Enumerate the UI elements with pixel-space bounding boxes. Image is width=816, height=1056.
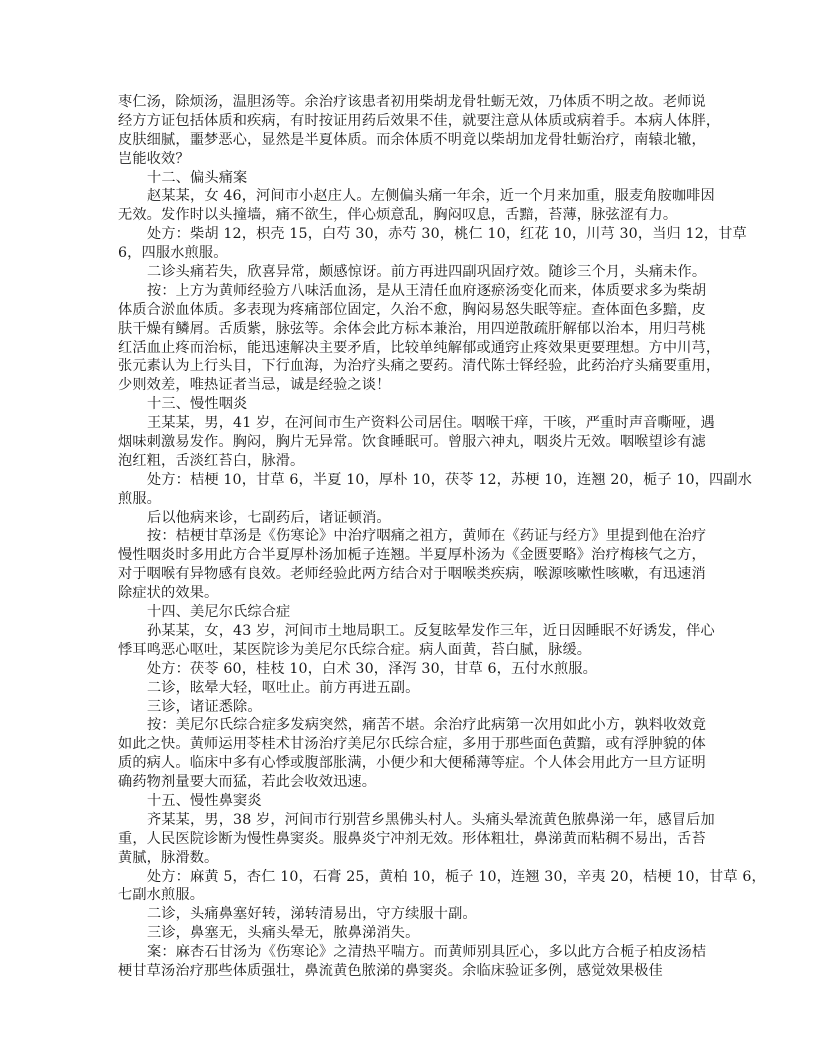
text-line: 后以他病来诊，七副药后，诸证顿消。 xyxy=(118,509,698,528)
text-line: 处方：麻黄 5，杏仁 10，石膏 25，黄柏 10，栀子 10，连翘 30，辛夷… xyxy=(118,868,698,887)
text-line: 少则效差，唯热证者当忌，诚是经验之谈！ xyxy=(118,376,698,395)
text-line: 经方方证包括体质和疾病，有时按证用药后效果不佳，就要注意从体质或病着手。本病人体… xyxy=(118,112,698,131)
text-line: 煎服。 xyxy=(118,490,698,509)
text-line: 肤干燥有鳞屑。舌质紫，脉弦等。余体会此方标本兼治，用四逆散疏肝解郁以治本，用归芎… xyxy=(118,320,698,339)
text-line: 七副水煎服。 xyxy=(118,886,698,905)
text-line: 三诊，诸证悉除。 xyxy=(118,698,698,717)
text-line: 确药物剂量要大而猛，若此会收效迅速。 xyxy=(118,773,698,792)
text-line: 如此之快。黄师运用苓桂术甘汤治疗美尼尔氏综合症，多用于那些面色黄黯，或有浮肿貌的… xyxy=(118,735,698,754)
text-line: 对于咽喉有异物感有良效。老师经验此两方结合对于咽喉类疾病，喉源咳嗽性咳嗽，有迅速… xyxy=(118,565,698,584)
text-line: 十五、慢性鼻窦炎 xyxy=(118,792,698,811)
text-line: 6，四服水煎服。 xyxy=(118,244,698,263)
text-line: 体质合淤血体质。多表现为疼痛部位固定，久治不愈，胸闷易怒失眠等症。查体面色多黯，… xyxy=(118,301,698,320)
text-line: 梗甘草汤治疗那些体质强壮，鼻流黄色脓涕的鼻窦炎。余临床验证多例，感觉效果极佳 xyxy=(118,962,698,981)
text-line: 岂能收效？ xyxy=(118,150,698,169)
text-line: 十四、美尼尔氏综合症 xyxy=(118,603,698,622)
text-line: 处方：柴胡 12，枳壳 15，白芍 30，赤芍 30，桃仁 10，红花 10，川… xyxy=(118,225,698,244)
text-line: 无效。发作时以头撞墙，痛不欲生，伴心烦意乱，胸闷叹息，舌黯，苔薄，脉弦涩有力。 xyxy=(118,206,698,225)
text-line: 王某某，男，41 岁，在河间市生产资料公司居住。咽喉干痒，干咳，严重时声音嘶哑，… xyxy=(118,414,698,433)
text-line: 处方：桔梗 10，甘草 6，半夏 10，厚朴 10，茯苓 12，苏梗 10，连翘… xyxy=(118,471,698,490)
text-line: 十三、慢性咽炎 xyxy=(118,395,698,414)
text-line: 泡红粗，舌淡红苔白，脉滑。 xyxy=(118,452,698,471)
text-line: 按：美尼尔氏综合症多发病突然，痛苦不堪。余治疗此病第一次用如此小方，孰料收效竟 xyxy=(118,716,698,735)
text-line: 枣仁汤，除烦汤，温胆汤等。余治疗该患者初用柴胡龙骨牡蛎无效，乃体质不明之故。老师… xyxy=(118,93,698,112)
text-line: 烟味刺激易发作。胸闷，胸片无异常。饮食睡眠可。曾服六神丸，咽炎片无效。咽喉望诊有… xyxy=(118,433,698,452)
text-line: 红活血止疼而治标，能迅速解决主要矛盾，比较单纯解郁或通窍止疼效果更要理想。方中川… xyxy=(118,339,698,358)
text-line: 皮肤细腻，噩梦恶心，显然是半夏体质。而余体质不明竟以柴胡加龙骨牡蛎治疗，南辕北辙… xyxy=(118,131,698,150)
text-line: 二诊，眩晕大轻，呕吐止。前方再进五副。 xyxy=(118,679,698,698)
text-line: 张元素认为上行头目，下行血海，为治疗头痛之要药。清代陈士铎经验，此药治疗头痛要重… xyxy=(118,357,698,376)
text-line: 二诊头痛若失，欣喜异常，颇感惊讶。前方再进四副巩固疗效。随诊三个月，头痛未作。 xyxy=(118,263,698,282)
text-line: 质的病人。临床中多有心悸或腹部胀满，小便少和大便稀薄等症。个人体会用此方一旦方证… xyxy=(118,754,698,773)
text-line: 齐某某，男，38 岁，河间市行别营乡黑佛头村人。头痛头晕流黄色脓鼻涕一年，感冒后… xyxy=(118,811,698,830)
text-line: 除症状的效果。 xyxy=(118,584,698,603)
text-line: 重，人民医院诊断为慢性鼻窦炎。服鼻炎宁冲剂无效。形体粗壮，鼻涕黄而粘稠不易出，舌… xyxy=(118,830,698,849)
text-line: 黄腻，脉滑数。 xyxy=(118,849,698,868)
text-line: 孙某某，女，43 岁，河间市土地局职工。反复眩晕发作三年，近日因睡眠不好诱发，伴… xyxy=(118,622,698,641)
text-line: 按：上方为黄师经验方八味活血汤，是从王清任血府逐瘀汤变化而来，体质要求多为柴胡 xyxy=(118,282,698,301)
text-line: 按：桔梗甘草汤是《伤寒论》中治疗咽痛之祖方，黄师在《药证与经方》里提到他在治疗 xyxy=(118,527,698,546)
text-line: 案：麻杏石甘汤为《伤寒论》之清热平喘方。而黄师别具匠心，多以此方合栀子柏皮汤桔 xyxy=(118,943,698,962)
text-line: 十二、偏头痛案 xyxy=(118,169,698,188)
text-line: 二诊，头痛鼻塞好转，涕转清易出，守方续服十副。 xyxy=(118,905,698,924)
text-line: 处方：茯苓 60，桂枝 10，白术 30，泽泻 30，甘草 6，五付水煎服。 xyxy=(118,660,698,679)
text-line: 赵某某，女 46，河间市小赵庄人。左侧偏头痛一年余，近一个月来加重，服麦角胺咖啡… xyxy=(118,187,698,206)
text-line: 三诊，鼻塞无，头痛头晕无，脓鼻涕消失。 xyxy=(118,924,698,943)
document-page: 枣仁汤，除烦汤，温胆汤等。余治疗该患者初用柴胡龙骨牡蛎无效，乃体质不明之故。老师… xyxy=(118,93,698,981)
text-line: 悸耳鸣恶心呕吐，某医院诊为美尼尔氏综合症。病人面黄，苔白腻，脉缓。 xyxy=(118,641,698,660)
text-line: 慢性咽炎时多用此方合半夏厚朴汤加栀子连翘。半夏厚朴汤为《金匮要略》治疗梅核气之方… xyxy=(118,546,698,565)
